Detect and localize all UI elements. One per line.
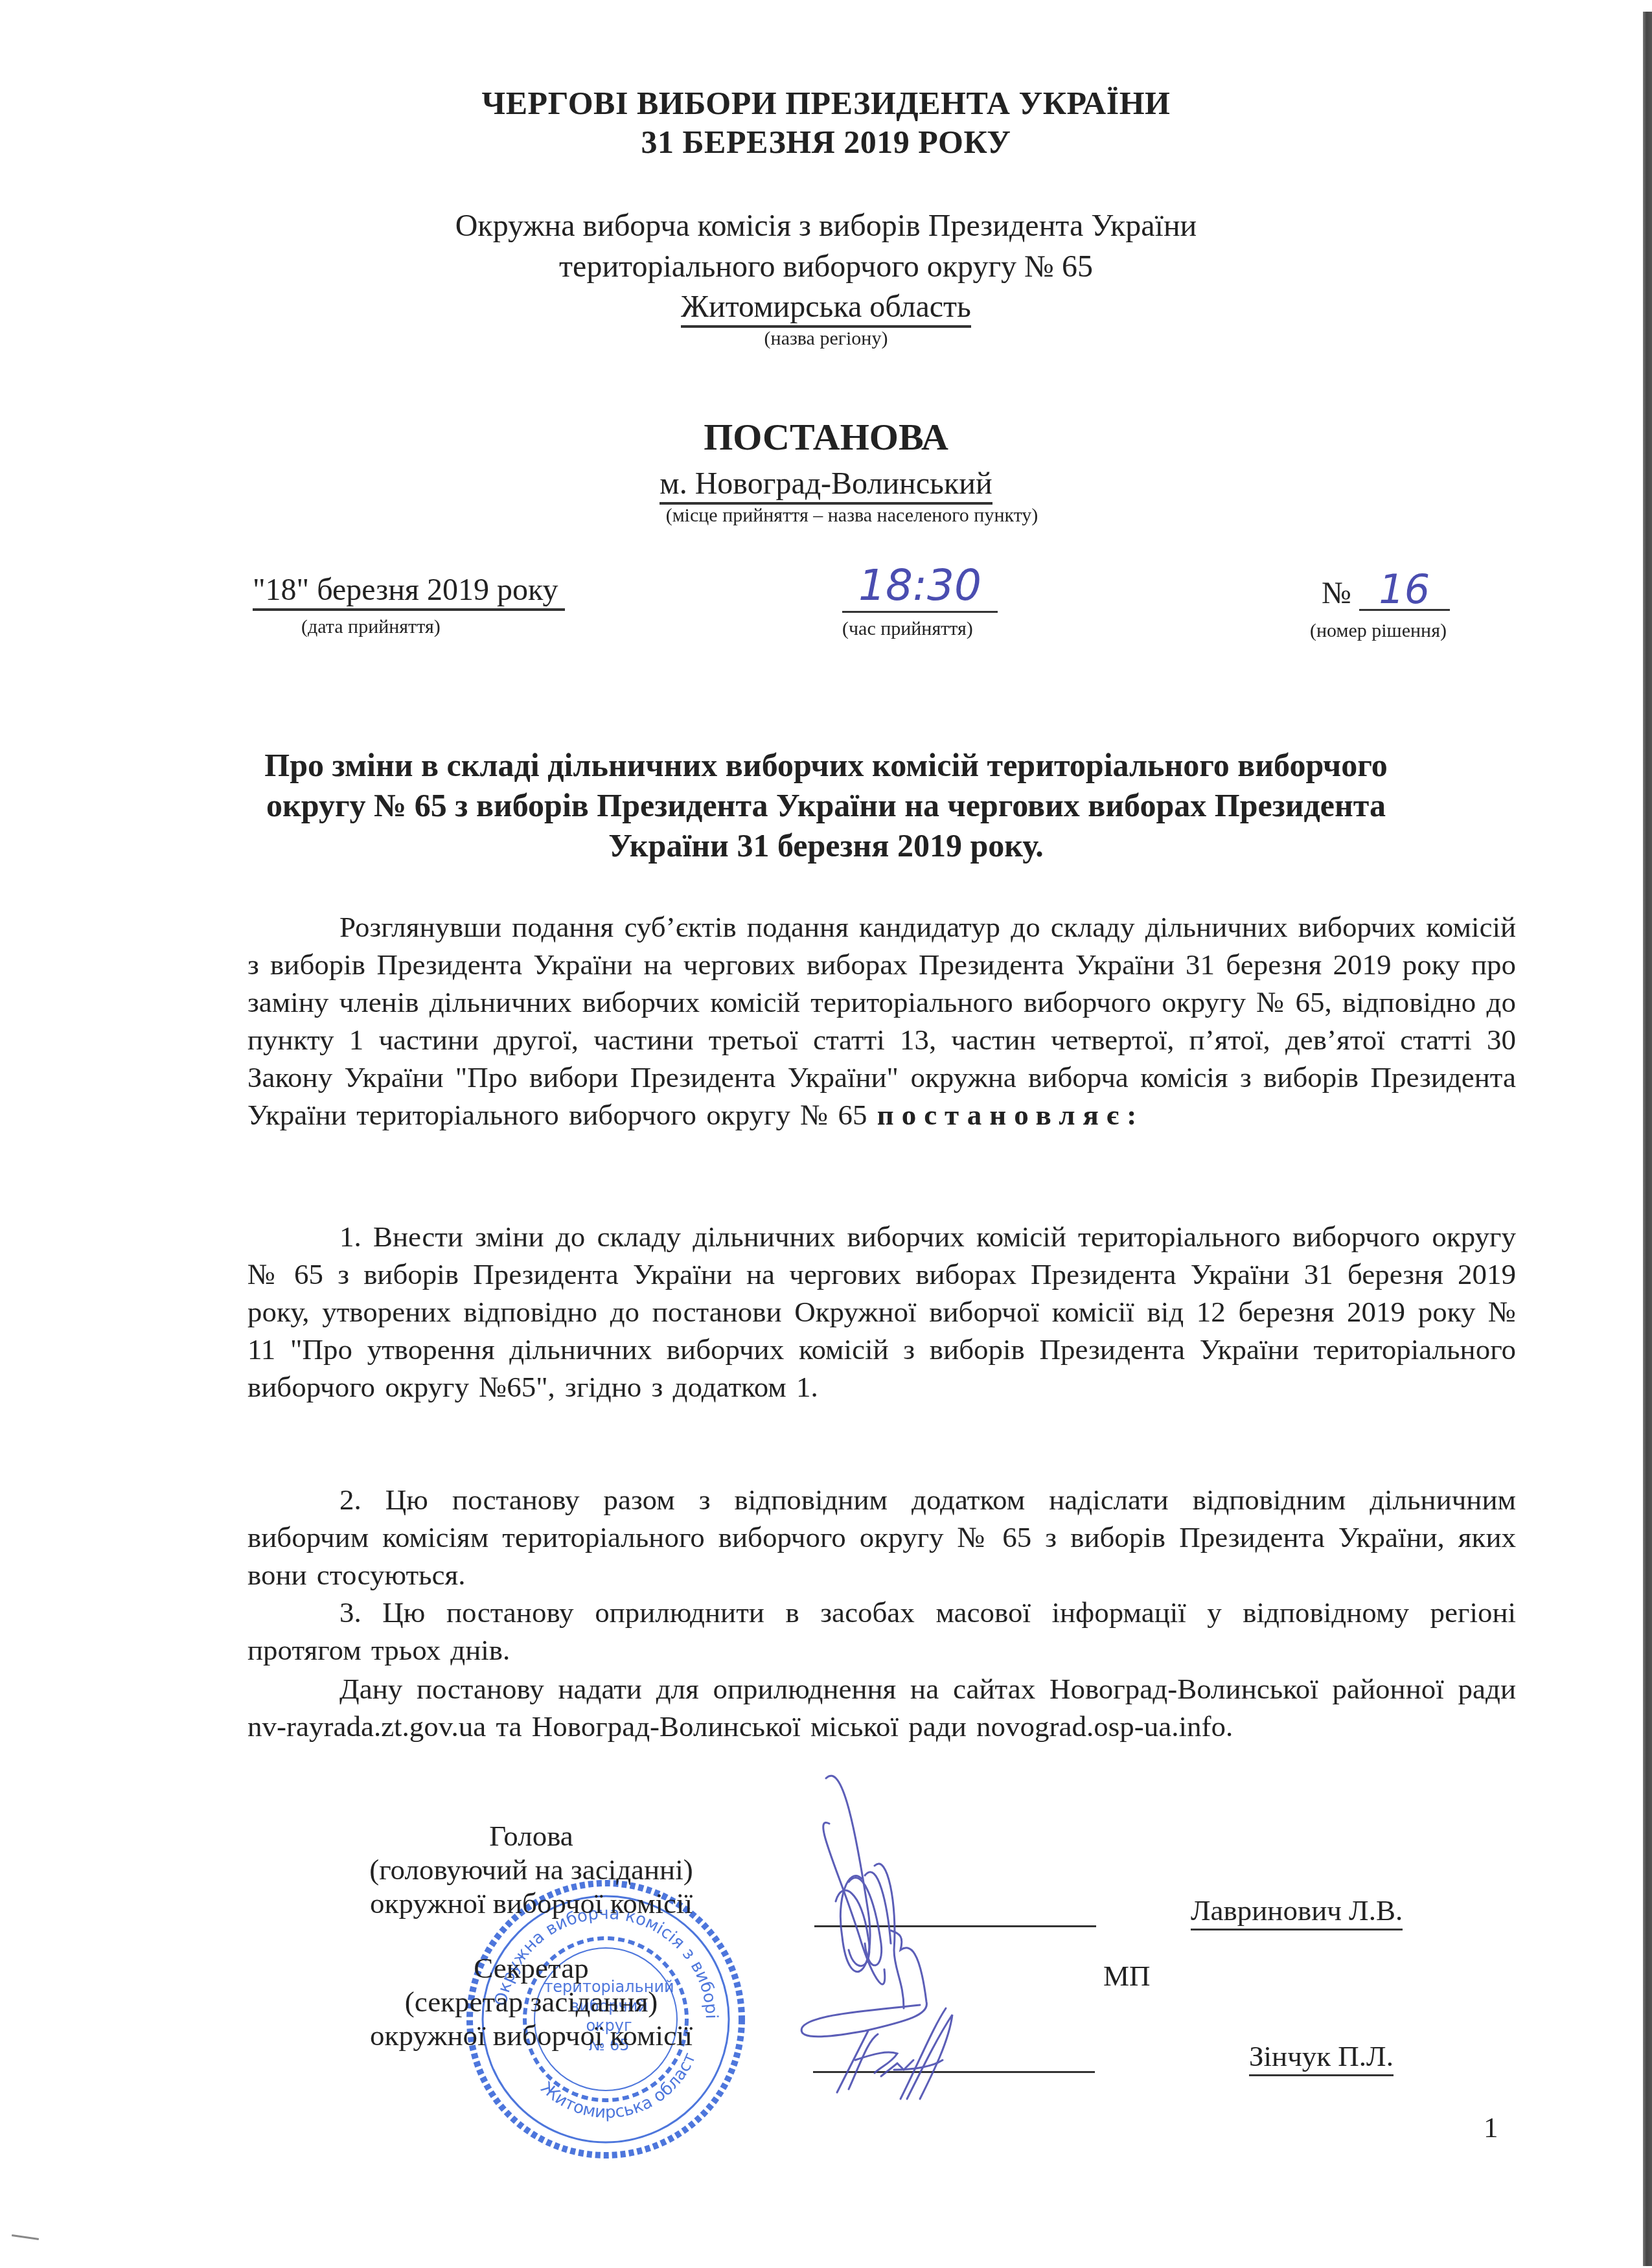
date-field: "18" березня 2019 року [253,570,565,610]
number-prefix: № [1322,576,1351,610]
publication-note-text: Дану постанову надати для оприлюднення н… [247,1673,1516,1743]
chair-title: Голова [324,1819,739,1853]
region-value: Житомирська область [681,290,971,328]
decides-keyword: постановляє: [877,1099,1145,1131]
date-caption: (дата прийняття) [301,615,441,639]
secretary-org: окружної виборчої комісії [324,2019,739,2052]
item-2: 2. Цю постанову разом з відповідним дода… [247,1481,1516,1594]
place-value: м. Новоград-Волинський [660,466,992,505]
subject-line-2: округу № 65 з виборів Президента України… [0,785,1652,825]
number-caption: (номер рішення) [1310,619,1447,643]
scan-mark [12,2234,39,2240]
item-2-text: 2. Цю постанову разом з відповідним дода… [247,1483,1516,1591]
chair-signature-line [814,1925,1096,1927]
number-field: № 16 [1322,570,1450,613]
number-value: 16 [1359,570,1450,611]
date-value: "18" березня 2019 року [253,573,565,611]
item-3-text: 3. Цю постанову оприлюднити в засобах ма… [247,1596,1516,1666]
time-value: 18:30 [858,560,981,610]
item-1: 1. Внести зміни до складу дільничних виб… [247,1218,1516,1406]
page-number: 1 [1484,2111,1498,2144]
secretary-subtitle: (секретар засідання) [324,1985,739,2019]
chair-subtitle: (головуючий на засіданні) [324,1853,739,1886]
time-field: 18:30 [842,560,998,613]
resolution-heading: ПОСТАНОВА [0,415,1652,460]
secretary-signature-line [813,2071,1095,2073]
chair-block: Голова (головуючий на засіданні) окружно… [324,1819,739,1920]
time-caption: (час прийняття) [842,617,973,641]
place-field: м. Новоград-Волинський [0,464,1652,504]
secretary-title: Секретар [324,1951,739,1985]
chair-org: окружної виборчої комісії [324,1886,739,1920]
election-date: 31 БЕРЕЗНЯ 2019 РОКУ [0,122,1652,162]
preamble-text: Розглянувши подання суб’єктів подання ка… [247,911,1516,1131]
seal-label: МП [1103,1959,1151,1993]
region-caption: (назва регіону) [0,327,1652,350]
subject-line-3: України 31 березня 2019 року. [0,825,1652,865]
region-field: Житомирська область [0,287,1652,327]
publication-note: Дану постанову надати для оприлюднення н… [247,1670,1516,1745]
commission-district: територіального виборчого округу № 65 [0,247,1652,287]
place-caption: (місце прийняття – назва населеного пунк… [0,504,1652,527]
subject-line-1: Про зміни в складі дільничних виборчих к… [0,745,1652,785]
election-title: ЧЕРГОВІ ВИБОРИ ПРЕЗИДЕНТА УКРАЇНИ [0,83,1652,123]
secretary-block: Секретар (секретар засідання) окружної в… [324,1951,739,2052]
item-1-text: 1. Внести зміни до складу дільничних виб… [247,1220,1516,1403]
chair-name: Лавринович Л.В. [1191,1894,1403,1930]
preamble-paragraph: Розглянувши подання суб’єктів подання ка… [247,908,1516,1134]
commission-name: Окружна виборча комісія з виборів Презид… [0,206,1652,246]
secretary-name: Зінчук П.Л. [1249,2039,1394,2076]
item-3: 3. Цю постанову оприлюднити в засобах ма… [247,1594,1516,1669]
